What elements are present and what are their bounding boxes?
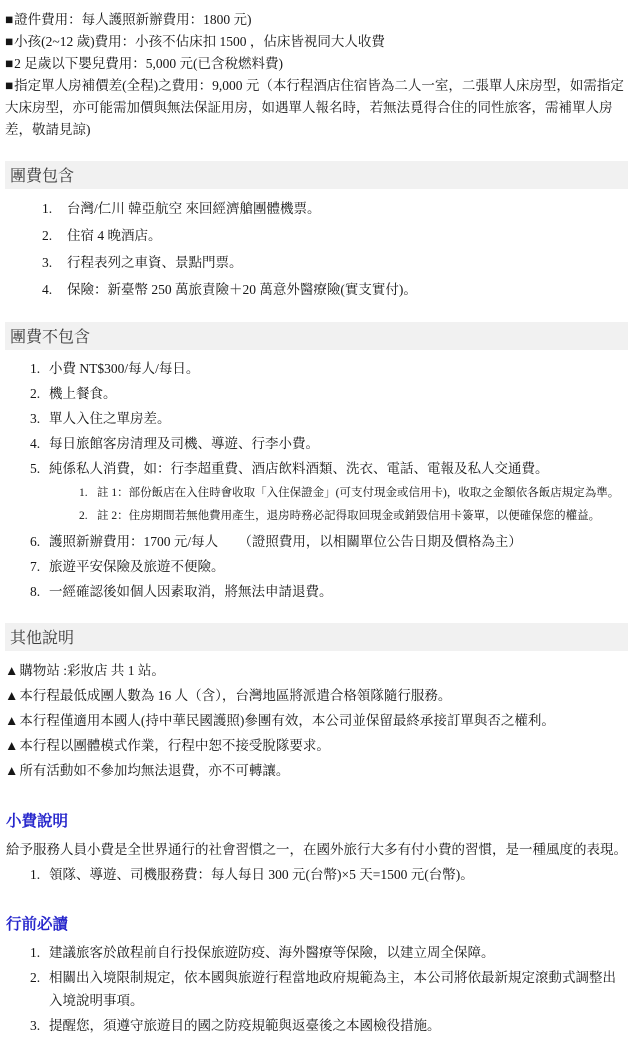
- other-note-text: 本行程僅適用本國人(持中華民國護照)參團有效，本公司並保留最終承接訂單與否之權利…: [19, 713, 555, 728]
- triangle-bullet-icon: ▲: [5, 663, 18, 678]
- other-note-text: 所有活動如不參加均無法退費，亦不可轉讓。: [19, 763, 289, 778]
- list-item: 住宿 4 晚酒店。: [5, 223, 628, 248]
- triangle-bullet-icon: ▲: [5, 688, 18, 703]
- list-item: 相關出入境限制規定，依本國與旅遊行程當地政府規範為主，本公司將依最新規定滾動式調…: [5, 966, 628, 1012]
- triangle-bullet-icon: ▲: [5, 763, 18, 778]
- section-title-other: 其他說明: [5, 623, 628, 651]
- pretrip-list: 建議旅客於啟程前自行投保旅遊防疫、海外醫療等保險，以建立周全保障。 相關出入境限…: [5, 941, 628, 1037]
- fee-note-text: 2 足歲以下嬰兒費用：5,000 元(已含稅燃料費): [14, 56, 283, 71]
- list-item: 小費 NT$300/每人/每日。: [5, 357, 628, 380]
- other-note-line: ▲本行程最低成團人數為 16 人（含），台灣地區將派遣合格領隊隨行服務。: [5, 683, 628, 708]
- other-note-text: 購物站 :彩妝店 共 1 站。: [19, 663, 165, 678]
- excluded-list: 小費 NT$300/每人/每日。 機上餐食。 單人入住之單房差。 每日旅館客房清…: [5, 357, 628, 603]
- fee-notes-block: ■證件費用：每人護照新辦費用：1800 元) ■小孩(2~12 歲)費用：小孩不…: [5, 9, 628, 141]
- included-list: 台灣/仁川 韓亞航空 來回經濟艙團體機票。 住宿 4 晚酒店。 行程表列之車資、…: [5, 196, 628, 302]
- triangle-bullet-icon: ▲: [5, 713, 18, 728]
- other-note-line: ▲所有活動如不參加均無法退費，亦不可轉讓。: [5, 758, 628, 783]
- list-item: 機上餐食。: [5, 382, 628, 405]
- section-title-excluded: 團費不包含: [5, 322, 628, 350]
- square-bullet-icon: ■: [5, 12, 13, 27]
- list-item: 單人入住之單房差。: [5, 407, 628, 430]
- note-item: 註 1：部份飯店在入住時會收取「入住保證金」(可支付現金或信用卡)，收取之金額依…: [49, 482, 628, 505]
- list-item: 領隊、導遊、司機服務費：每人每日 300 元(台幣)×5 天=1500 元(台幣…: [5, 863, 628, 886]
- square-bullet-icon: ■: [5, 78, 13, 93]
- list-item: 台灣/仁川 韓亞航空 來回經濟艙團體機票。: [5, 196, 628, 221]
- section-title-included: 團費包含: [5, 161, 628, 189]
- fee-note-text: 小孩(2~12 歲)費用：小孩不佔床扣 1500 ，佔床皆視同大人收費: [14, 34, 385, 49]
- travel-fee-document: { "markers": { "square": "■", "triangle"…: [0, 0, 635, 1049]
- section-title-tips: 小費說明: [6, 809, 628, 831]
- fee-note-text: 指定單人房補價差(全程)之費用：9,000 元（本行程酒店住宿皆為二人一室，二張…: [5, 78, 624, 137]
- note-item: 註 2：住房期間若無他費用產生，退房時務必記得取回現金或銷毀信用卡簽單，以便確保…: [49, 505, 628, 528]
- fee-note-text: 證件費用：每人護照新辦費用：1800 元): [14, 12, 251, 27]
- fee-note-line: ■證件費用：每人護照新辦費用：1800 元): [5, 9, 628, 31]
- list-item: 提醒您，須遵守旅遊目的國之防疫規範與返臺後之本國檢役措施。: [5, 1014, 628, 1037]
- other-note-text: 本行程最低成團人數為 16 人（含），台灣地區將派遣合格領隊隨行服務。: [19, 688, 451, 703]
- tips-list: 領隊、導遊、司機服務費：每人每日 300 元(台幣)×5 天=1500 元(台幣…: [5, 863, 628, 886]
- list-item: 旅遊平安保險及旅遊不便險。: [5, 555, 628, 578]
- other-note-line: ▲本行程僅適用本國人(持中華民國護照)參團有效，本公司並保留最終承接訂單與否之權…: [5, 708, 628, 733]
- list-item: 純係私人消費，如：行李超重費、酒店飲料酒類、洗衣、電話、電報及私人交通費。 註 …: [5, 457, 628, 528]
- excluded-notes: 註 1：部份飯店在入住時會收取「入住保證金」(可支付現金或信用卡)，收取之金額依…: [49, 482, 628, 528]
- triangle-bullet-icon: ▲: [5, 738, 18, 753]
- square-bullet-icon: ■: [5, 34, 13, 49]
- other-notes-block: ▲購物站 :彩妝店 共 1 站。 ▲本行程最低成團人數為 16 人（含），台灣地…: [5, 658, 628, 783]
- list-item: 護照新辦費用：1700 元/每人 （證照費用，以相關單位公告日期及價格為主）: [5, 530, 628, 553]
- other-note-text: 本行程以團體模式作業，行程中恕不接受脫隊要求。: [19, 738, 330, 753]
- fee-note-line: ■2 足歲以下嬰兒費用：5,000 元(已含稅燃料費): [5, 53, 628, 75]
- list-item: 保險：新臺幣 250 萬旅責險＋20 萬意外醫療險(實支實付)。: [5, 277, 628, 302]
- other-note-line: ▲購物站 :彩妝店 共 1 站。: [5, 658, 628, 683]
- section-title-pretrip: 行前必讀: [6, 912, 628, 934]
- list-item: 一經確認後如個人因素取消，將無法申請退費。: [5, 580, 628, 603]
- list-item-text: 純係私人消費，如：行李超重費、酒店飲料酒類、洗衣、電話、電報及私人交通費。: [49, 461, 549, 476]
- fee-note-line: ■指定單人房補價差(全程)之費用：9,000 元（本行程酒店住宿皆為二人一室，二…: [5, 75, 628, 141]
- list-item: 建議旅客於啟程前自行投保旅遊防疫、海外醫療等保險，以建立周全保障。: [5, 941, 628, 964]
- list-item: 每日旅館客房清理及司機、導遊、行李小費。: [5, 432, 628, 455]
- fee-note-line: ■小孩(2~12 歲)費用：小孩不佔床扣 1500 ，佔床皆視同大人收費: [5, 31, 628, 53]
- tips-paragraph: 給予服務人員小費是全世界通行的社會習慣之一，在國外旅行大多有付小費的習慣，是一種…: [6, 838, 628, 861]
- other-note-line: ▲本行程以團體模式作業，行程中恕不接受脫隊要求。: [5, 733, 628, 758]
- list-item: 行程表列之車資、景點門票。: [5, 250, 628, 275]
- square-bullet-icon: ■: [5, 56, 13, 71]
